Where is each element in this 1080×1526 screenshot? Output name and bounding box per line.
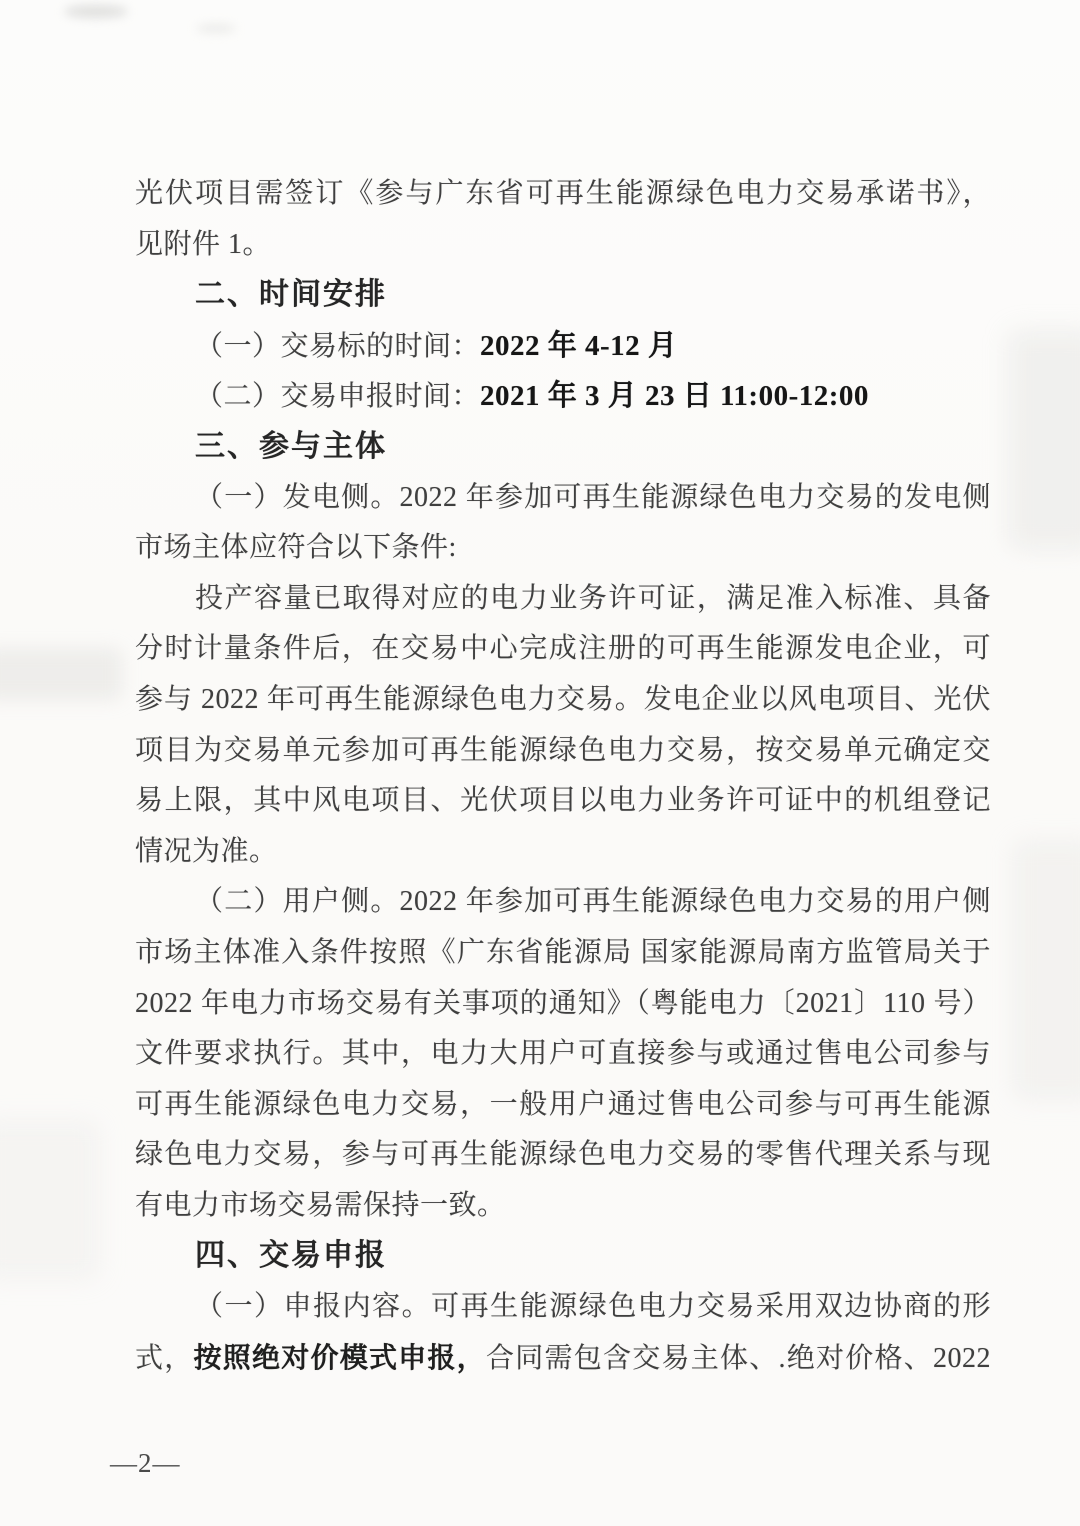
text-line: 可再生能源绿色电力交易，一般用户通过售电公司参与可再生能源 [135, 1080, 991, 1131]
scan-smudge [196, 24, 236, 33]
text-line: （一）申报内容。可再生能源绿色电力交易采用双边协商的形 [135, 1282, 991, 1333]
scan-smudge [1012, 840, 1080, 1100]
text-line: 式，按照绝对价模式申报，合同需包含交易主体、.绝对价格、2022 [135, 1333, 991, 1384]
body-text: 分时计量条件后，在交易中心完成注册的可再生能源发电企业，可 [135, 633, 991, 664]
document-page: 光伏项目需签订《参与广东省可再生能源绿色电力交易承诺书》，见附件 1。二、时间安… [0, 0, 1080, 1526]
body-text: 文件要求执行。其中，电力大用户可直接参与或通过售电公司参与 [135, 1038, 991, 1069]
body-text: （一）发电侧。2022 年参加可再生能源绿色电力交易的发电侧 [195, 482, 991, 513]
heading-text: 三、参与主体 [195, 430, 387, 463]
text-line: 分时计量条件后，在交易中心完成注册的可再生能源发电企业，可 [135, 624, 991, 675]
text-line: 见附件 1。 [135, 220, 991, 271]
body-text: 项目为交易单元参加可再生能源绿色电力交易，按交易单元确定交 [135, 735, 991, 766]
heading-text: 二、时间安排 [195, 278, 387, 311]
body-text: 光伏项目需签订《参与广东省可再生能源绿色电力交易承诺书》， [135, 178, 991, 209]
text-line: （一）发电侧。2022 年参加可再生能源绿色电力交易的发电侧 [135, 473, 991, 524]
text-line: （一）交易标的时间：2022 年 4-12 月 [135, 321, 991, 372]
section-heading: 三、参与主体 [135, 422, 991, 473]
text-line: 项目为交易单元参加可再生能源绿色电力交易，按交易单元确定交 [135, 726, 991, 777]
body-text: （一）申报内容。可再生能源绿色电力交易采用双边协商的形 [195, 1291, 991, 1322]
body-text: 情况为准。 [135, 836, 278, 867]
text-line: 有电力市场交易需保持一致。 [135, 1181, 991, 1232]
body-text: 式， [135, 1343, 194, 1374]
body-text: 2022 年电力市场交易有关事项的通知》（粤能电力〔2021〕110 号） [135, 988, 991, 1019]
text-line: 情况为准。 [135, 827, 991, 878]
text-line: 市场主体应符合以下条件: [135, 523, 991, 574]
body-text: 市场主体应符合以下条件: [135, 532, 457, 563]
text-line: （二）交易申报时间：2021 年 3 月 23 日 11:00-12:00 [135, 371, 991, 422]
text-line: 文件要求执行。其中，电力大用户可直接参与或通过售电公司参与 [135, 1029, 991, 1080]
body-text: （一）交易标的时间： [195, 331, 480, 362]
body-text: 易上限，其中风电项目、光伏项目以电力业务许可证中的机组登记 [135, 785, 991, 816]
emphasized-text: 按照绝对价模式申报， [194, 1342, 487, 1373]
text-line: 光伏项目需签订《参与广东省可再生能源绿色电力交易承诺书》， [135, 169, 991, 220]
text-line: （二）用户侧。2022 年参加可再生能源绿色电力交易的用户侧 [135, 877, 991, 928]
body-text: 投产容量已取得对应的电力业务许可证，满足准入标准、具备 [195, 583, 991, 614]
body-text: （二）用户侧。2022 年参加可再生能源绿色电力交易的用户侧 [195, 886, 991, 917]
text-line: 市场主体准入条件按照《广东省能源局 国家能源局南方监管局关于 [135, 928, 991, 979]
body-text: 有电力市场交易需保持一致。 [135, 1190, 506, 1221]
text-line: 2022 年电力市场交易有关事项的通知》（粤能电力〔2021〕110 号） [135, 979, 991, 1030]
body-text: 参与 2022 年可再生能源绿色电力交易。发电企业以风电项目、光伏 [135, 684, 991, 715]
document-body: 光伏项目需签订《参与广东省可再生能源绿色电力交易承诺书》，见附件 1。二、时间安… [135, 169, 991, 1383]
text-line: 参与 2022 年可再生能源绿色电力交易。发电企业以风电项目、光伏 [135, 675, 991, 726]
body-text: 绿色电力交易，参与可再生能源绿色电力交易的零售代理关系与现 [135, 1139, 991, 1170]
heading-text: 四、交易申报 [195, 1239, 387, 1272]
section-heading: 四、交易申报 [135, 1231, 991, 1282]
scan-smudge [64, 5, 128, 18]
scan-smudge [0, 1120, 100, 1280]
bold-value: 2022 年 4-12 月 [480, 330, 677, 362]
text-line: 绿色电力交易，参与可再生能源绿色电力交易的零售代理关系与现 [135, 1130, 991, 1181]
text-line: 易上限，其中风电项目、光伏项目以电力业务许可证中的机组登记 [135, 776, 991, 827]
page-number: —2— [110, 1448, 181, 1479]
text-line: 投产容量已取得对应的电力业务许可证，满足准入标准、具备 [135, 574, 991, 625]
body-text: 可再生能源绿色电力交易，一般用户通过售电公司参与可再生能源 [135, 1089, 991, 1120]
body-text: （二）交易申报时间： [195, 381, 480, 412]
body-text: 市场主体准入条件按照《广东省能源局 国家能源局南方监管局关于 [135, 937, 991, 968]
body-text: 见附件 1。 [135, 229, 271, 260]
section-heading: 二、时间安排 [135, 270, 991, 321]
body-text: 合同需包含交易主体、.绝对价格、2022 [486, 1343, 991, 1374]
scan-smudge [1008, 330, 1080, 550]
bold-value: 2021 年 3 月 23 日 11:00-12:00 [480, 380, 869, 412]
scan-smudge [0, 648, 122, 700]
